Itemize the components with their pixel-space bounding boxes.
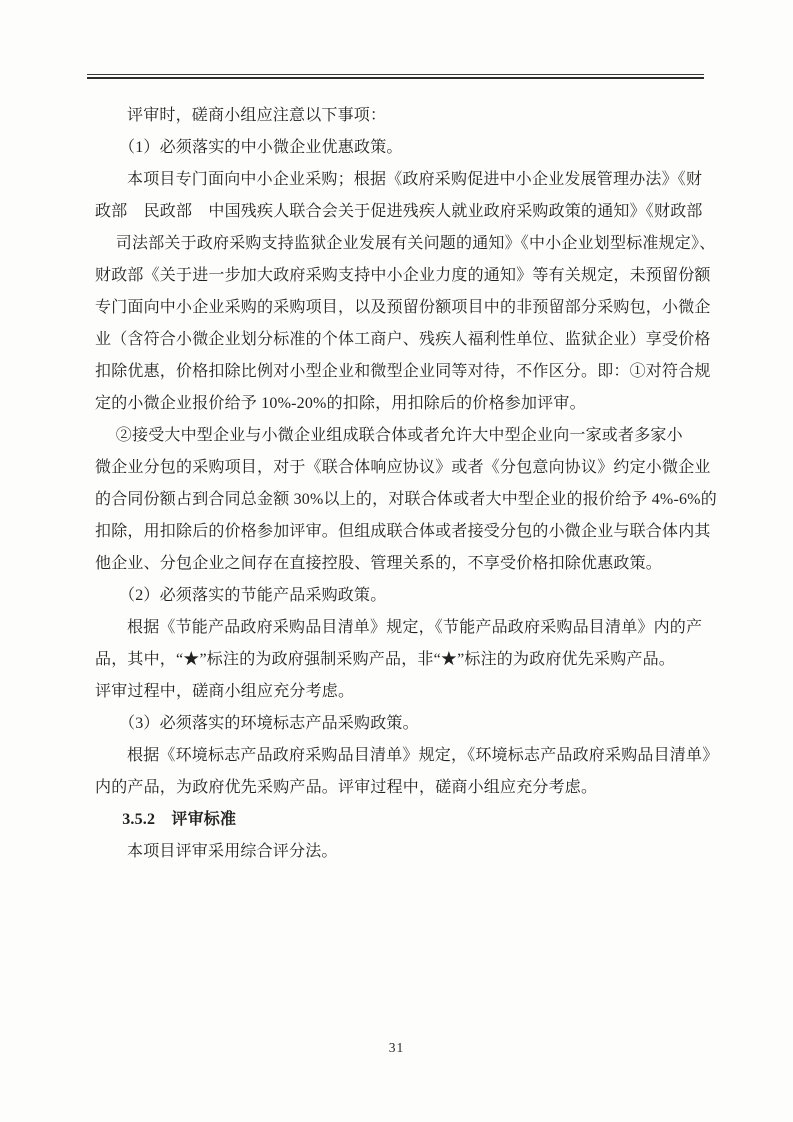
header-rule xyxy=(87,74,704,79)
text-line: 品，其中，“★”标注的为政府强制采购产品，非“★”标注的为政府优先采购产品。 xyxy=(95,644,735,676)
text-line: （3）必须落实的环境标志产品采购政策。 xyxy=(95,708,735,740)
text-line: 他企业、分包企业之间存在直接控股、管理关系的，不享受价格扣除优惠政策。 xyxy=(95,548,735,580)
text-line: 司法部关于政府采购支持监狱企业发展有关问题的通知》《中小企业划型标准规定》、 xyxy=(95,228,735,260)
text-line: 内的产品，为政府优先采购产品。评审过程中，磋商小组应充分考虑。 xyxy=(95,772,735,804)
text-line: 扣除优惠，价格扣除比例对小型企业和微型企业同等对待，不作区分。即：①对符合规 xyxy=(95,356,735,388)
text-line: （1）必须落实的中小微企业优惠政策。 xyxy=(95,132,735,164)
text-line: 本项目评审采用综合评分法。 xyxy=(95,836,735,868)
text-line: 的合同份额占到合同总金额 30%以上的，对联合体或者大中型企业的报价给予 4%-… xyxy=(95,484,735,516)
text-line: 扣除，用扣除后的价格参加评审。但组成联合体或者接受分包的小微企业与联合体内其 xyxy=(95,516,735,548)
text-line: ②接受大中型企业与小微企业组成联合体或者允许大中型企业向一家或者多家小 xyxy=(95,420,735,452)
document-page: 评审时，磋商小组应注意以下事项：（1）必须落实的中小微企业优惠政策。本项目专门面… xyxy=(0,0,793,1122)
text-line: 专门面向中小企业采购的采购项目，以及预留份额项目中的非预留部分采购包，小微企 xyxy=(95,292,735,324)
text-line: 3.5.2 评审标准 xyxy=(95,804,735,836)
text-line: 业（含符合小微企业划分标准的个体工商户、残疾人福利性单位、监狱企业）享受价格 xyxy=(95,324,735,356)
text-line: 微企业分包的采购项目，对于《联合体响应协议》或者《分包意向协议》约定小微企业 xyxy=(95,452,735,484)
text-line: 政部 民政部 中国残疾人联合会关于促进残疾人就业政府采购政策的通知》《财政部 xyxy=(95,196,735,228)
text-line: 财政部《关于进一步加大政府采购支持中小企业力度的通知》等有关规定，未预留份额 xyxy=(95,260,735,292)
text-line: （2）必须落实的节能产品采购政策。 xyxy=(95,580,735,612)
document-body: 评审时，磋商小组应注意以下事项：（1）必须落实的中小微企业优惠政策。本项目专门面… xyxy=(95,100,735,868)
text-line: 根据《环境标志产品政府采购品目清单》规定，《环境标志产品政府采购品目清单》 xyxy=(95,740,735,772)
page-number: 31 xyxy=(0,1040,793,1056)
text-line: 本项目专门面向中小企业采购；根据《政府采购促进中小企业发展管理办法》《财 xyxy=(95,164,735,196)
text-line: 评审时，磋商小组应注意以下事项： xyxy=(95,100,735,132)
text-line: 定的小微企业报价给予 10%-20%的扣除，用扣除后的价格参加评审。 xyxy=(95,388,735,420)
text-line: 评审过程中，磋商小组应充分考虑。 xyxy=(95,676,735,708)
text-line: 根据《节能产品政府采购品目清单》规定，《节能产品政府采购品目清单》内的产 xyxy=(95,612,735,644)
